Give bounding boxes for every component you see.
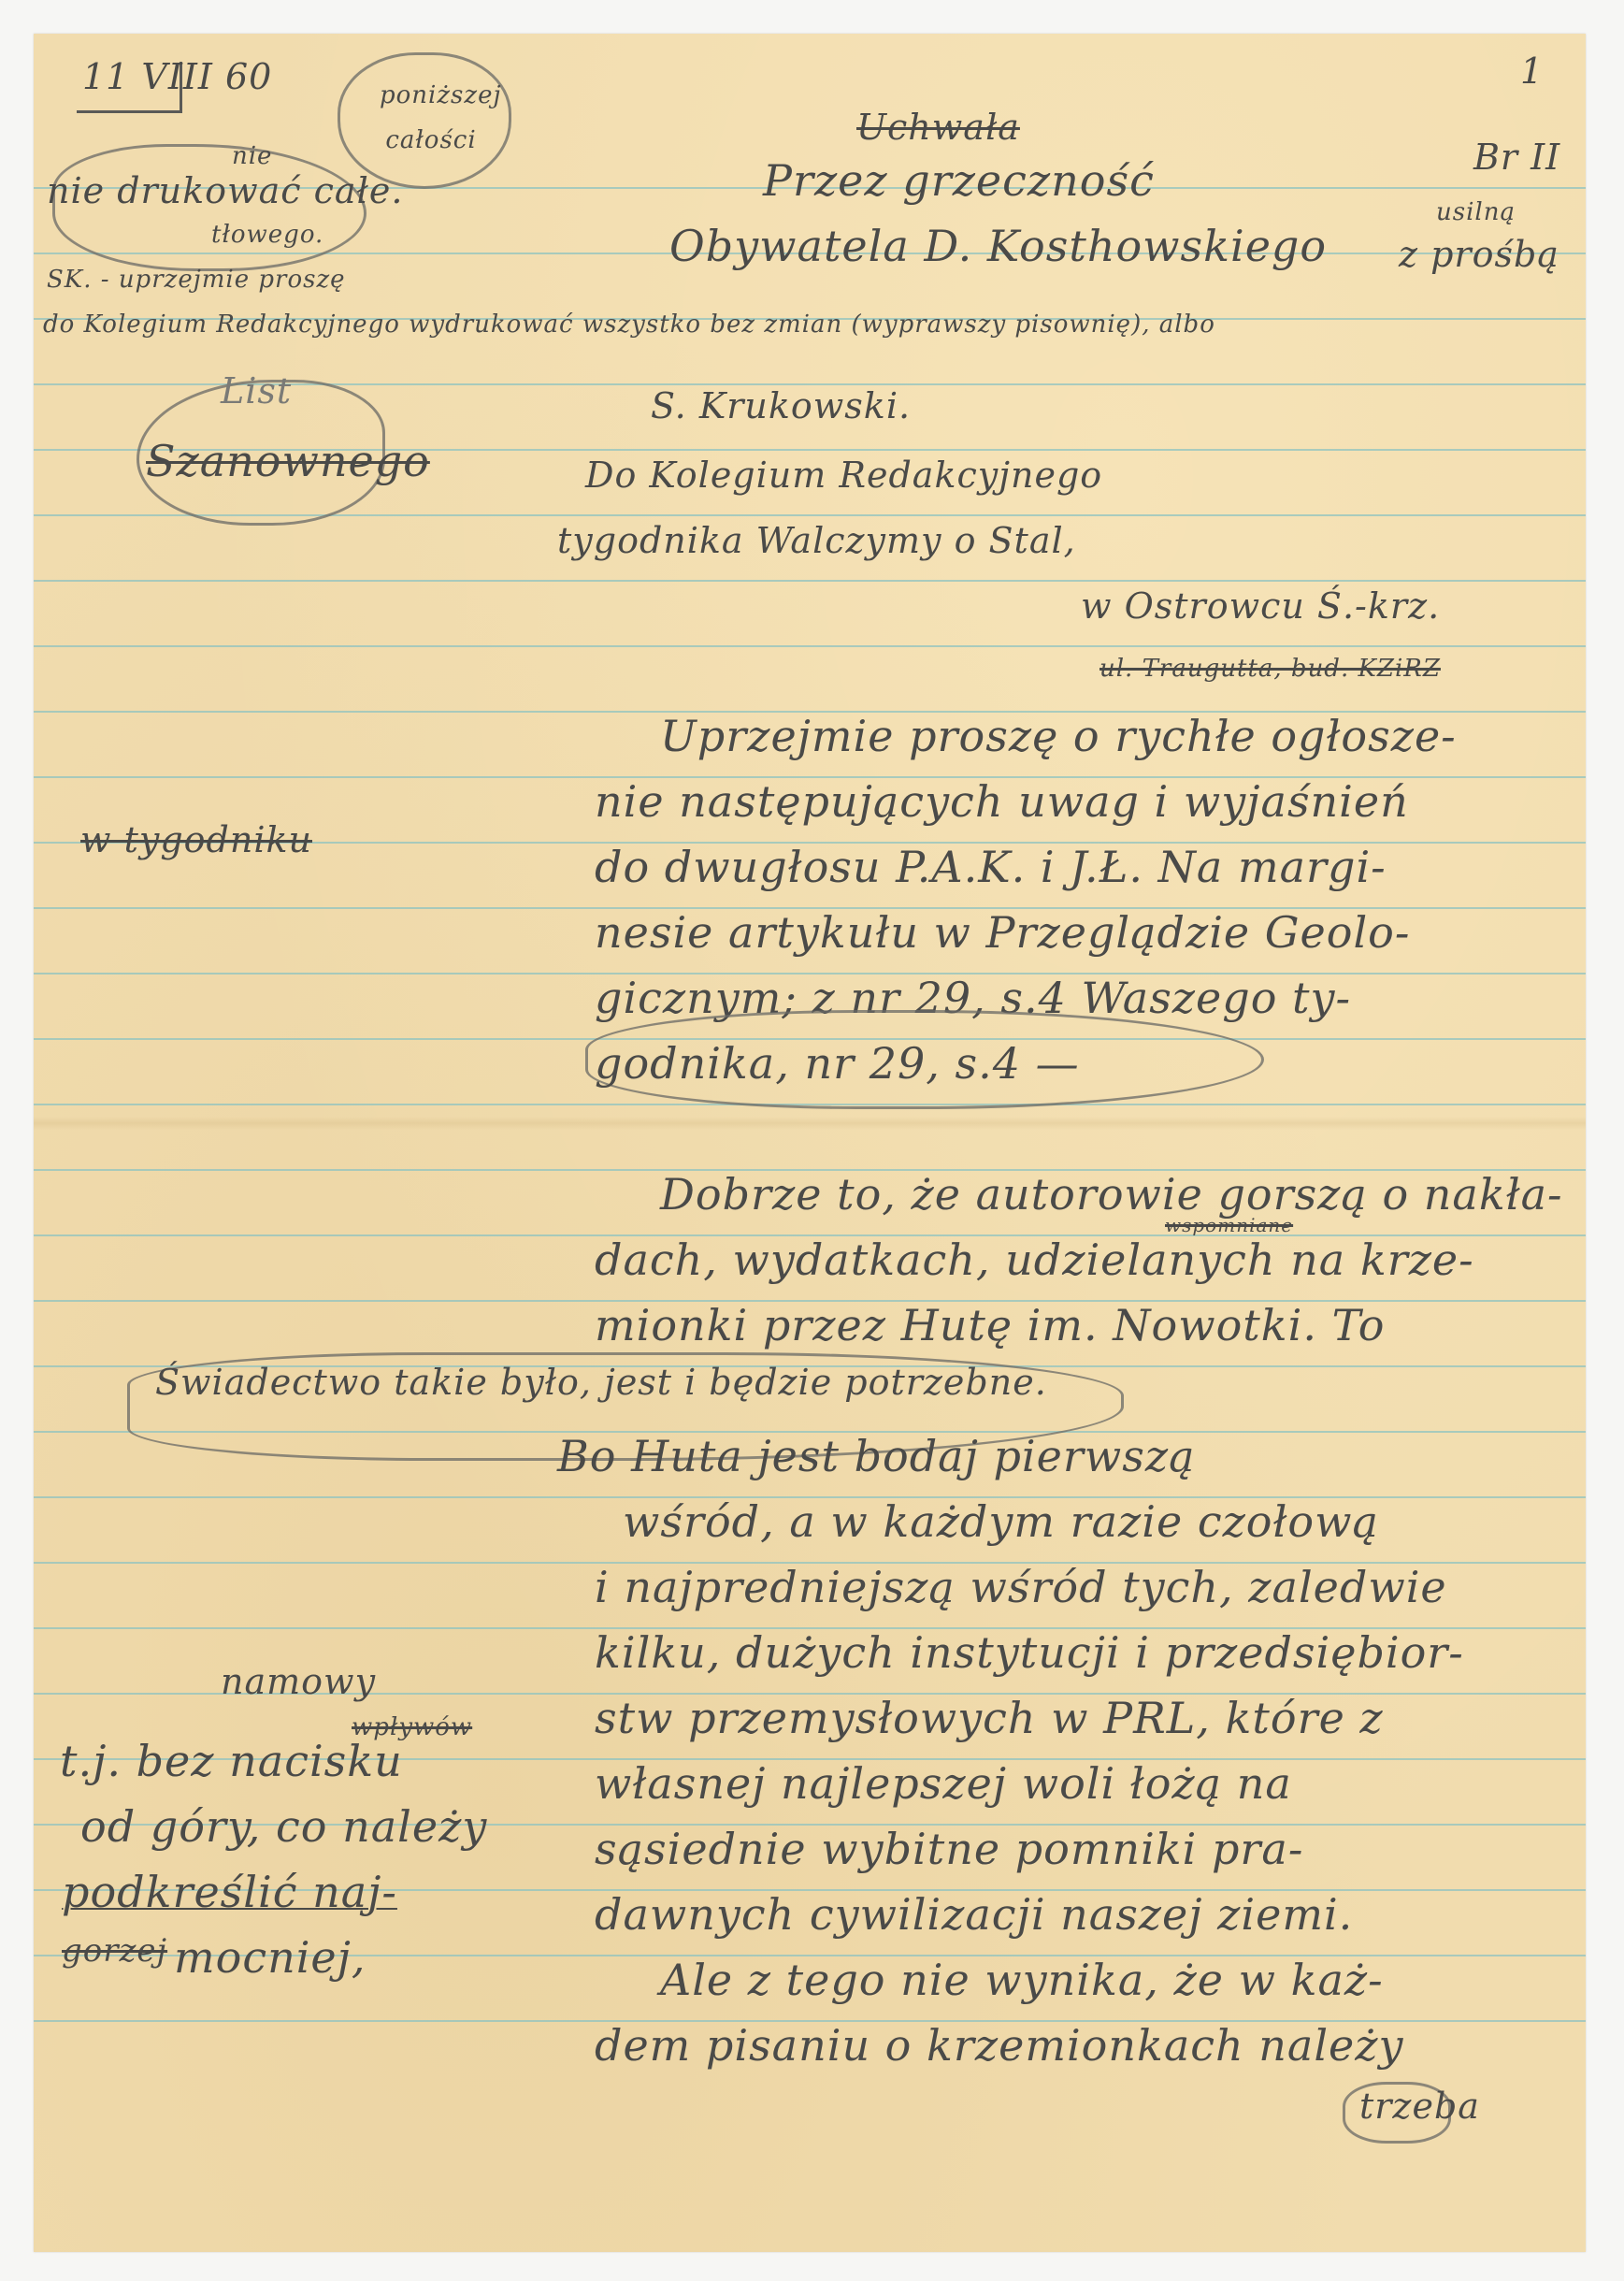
header-line-2: Obywatela D. Kosthowskiego [669, 221, 1327, 271]
ruled-line [34, 645, 1586, 647]
para3-line-1: Bo Huta jest bodaj pierwszą [557, 1431, 1196, 1481]
crossed-header: Uchwała [856, 107, 1020, 148]
date-stamp: 11 VIII 60 [82, 56, 272, 97]
left-note-line-3: podkreślić naj- [62, 1867, 397, 1917]
recipient-line-4-crossed: ul. Traugutta, bud. KZiRZ [1099, 655, 1441, 683]
left-note-line-2: od góry, co należy [80, 1801, 487, 1852]
note-sk-request: SK. - uprzejmie proszę [47, 266, 346, 294]
header-insert-usilna: usilną [1436, 198, 1516, 226]
left-note-crossed-part: gorzej [62, 1932, 167, 1970]
para3-line-2: wśród, a w każdym razie czołową [623, 1496, 1379, 1547]
para3-line-6: własnej najlepszej woli łożą na [595, 1758, 1292, 1809]
speech-bubble-text: poniższej całości [380, 73, 482, 163]
note-insert: nie [232, 142, 272, 170]
testimony-note: Świadectwo takie było, jest i będzie pot… [155, 1362, 1047, 1403]
left-note-line-1: t.j. bez nacisku [60, 1736, 403, 1786]
para3-line-5: stw przemysłowych w PRL, które z [595, 1693, 1384, 1743]
replacement-word: trzeba [1359, 2086, 1480, 2127]
left-bubble-crossed-word: Szanownego [146, 436, 430, 486]
note-correction: tłowego. [211, 221, 323, 249]
para2-line-2: dach, wydatkach, udzielanych na krze- [595, 1234, 1474, 1285]
para2-insert: wspomniane [1165, 1214, 1293, 1236]
header-line-request: z prośbą [1399, 234, 1559, 275]
para1-line-2: nie następujących uwag i wyjaśnień [595, 776, 1409, 827]
para3-line-4: kilku, dużych instytucji i przedsiębior- [595, 1627, 1464, 1678]
para1-line-1: Uprzejmie proszę o rychłe ogłosze- [660, 711, 1457, 761]
sender-name: S. Krukowski. [651, 385, 911, 426]
para4-line-1: Ale z tego nie wynika, że w każ- [660, 1955, 1384, 2005]
left-note-above: namowy [221, 1661, 376, 1702]
para4-line-2: dem pisaniu o krzemionkach należy [595, 2020, 1404, 2071]
left-note-line-4: mocniej, [174, 1932, 366, 1983]
left-bubble-replacement: List [221, 370, 292, 411]
header-line-1: Przez grzeczność [763, 155, 1155, 206]
paper-fold [34, 1117, 1586, 1130]
recipient-line-3: w Ostrowcu Ś.-krz. [1081, 585, 1440, 627]
manuscript-page: 11 VIII 60 nie drukować całe. nie tłoweg… [34, 34, 1586, 2252]
left-margin-crossed: w tygodniku [80, 819, 312, 860]
para1-line-3: do dwugłosu P.A.K. i J.Ł. Na margi- [595, 842, 1387, 892]
para3-line-8: dawnych cywilizacji naszej ziemi. [595, 1889, 1353, 1940]
para1-line-6: godnika, nr 29, s.4 — [595, 1038, 1080, 1089]
para2-line-1: Dobrze to, że autorowie gorszą o nakła- [660, 1169, 1563, 1220]
header-line-print-instruction: do Kolegium Redakcyjnego wydrukować wszy… [43, 310, 1215, 339]
ruled-line [34, 580, 1586, 582]
page-number: 1 [1520, 51, 1544, 92]
recipient-line-2: tygodnika Walczymy o Stal, [557, 520, 1076, 561]
recipient-line-1: Do Kolegium Redakcyjnego [585, 455, 1102, 496]
para2-line-3: mionki przez Hutę im. Nowotki. To [595, 1300, 1385, 1350]
para1-line-4: nesie artykułu w Przeglądzie Geolo- [595, 907, 1410, 958]
note-do-not-print: nie drukować całe. [47, 170, 403, 211]
para3-line-3: i najpredniejszą wśród tych, zaledwie [595, 1562, 1447, 1612]
section-mark: Br II [1473, 137, 1560, 178]
para3-line-7: sąsiednie wybitne pomniki pra- [595, 1824, 1303, 1874]
